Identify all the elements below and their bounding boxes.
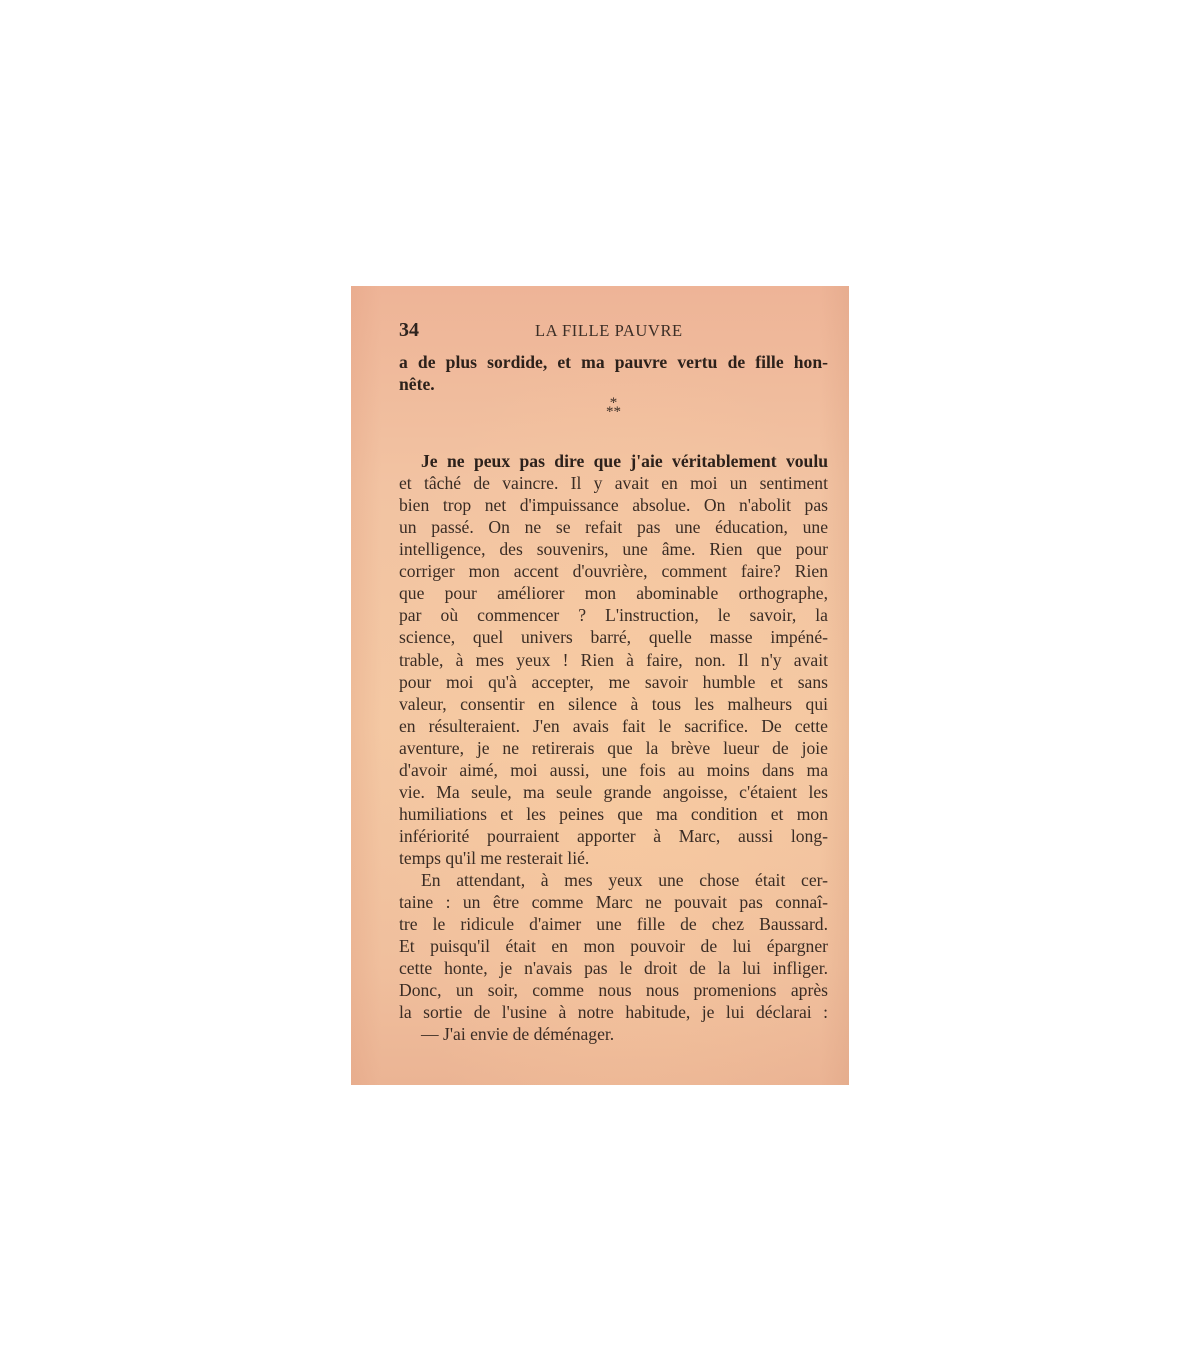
page-number: 34 xyxy=(399,319,419,342)
text-line: cette honte, je n'avais pas le droit de … xyxy=(399,957,828,979)
text-line: la sortie de l'usine à notre habitude, j… xyxy=(399,1001,828,1023)
text-line: En attendant, à mes yeux une chose était… xyxy=(399,869,828,891)
text-line: un passé. On ne se refait pas une éducat… xyxy=(399,516,828,538)
section-break-asterism: * ** xyxy=(399,395,828,450)
text-line: et tâché de vaincre. Il y avait en moi u… xyxy=(399,472,828,494)
text-line: Donc, un soir, comme nous nous promenion… xyxy=(399,979,828,1001)
text-line: corriger mon accent d'ouvrière, comment … xyxy=(399,560,828,582)
text-line: nête. xyxy=(399,373,828,395)
text-line: valeur, consentir en silence à tous les … xyxy=(399,693,828,715)
text-line: intelligence, des souvenirs, une âme. Ri… xyxy=(399,538,828,560)
text-line: que pour améliorer mon abominable orthog… xyxy=(399,582,828,604)
text-line: Je ne peux pas dire que j'aie véritablem… xyxy=(399,450,828,472)
text-line: pour moi qu'à accepter, me savoir humble… xyxy=(399,671,828,693)
text-line: d'avoir aimé, moi aussi, une fois au moi… xyxy=(399,759,828,781)
page-text-block: 34 LA FILLE PAUVRE a de plus sordide, et… xyxy=(399,316,828,1045)
paragraph-1: Je ne peux pas dire que j'aie véritablem… xyxy=(399,450,828,869)
text-line: infériorité pourraient apporter à Marc, … xyxy=(399,825,828,847)
text-line: a de plus sordide, et ma pauvre vertu de… xyxy=(399,351,828,373)
asterisk-bottom: ** xyxy=(399,408,828,417)
text-line: temps qu'il me resterait lié. xyxy=(399,847,828,869)
paragraph-2: En attendant, à mes yeux une chose était… xyxy=(399,869,828,1023)
text-line: vie. Ma seule, ma seule grande angoisse,… xyxy=(399,781,828,803)
text-line: bien trop net d'impuissance absolue. On … xyxy=(399,494,828,516)
text-line: en résulteraient. J'en avais fait le sac… xyxy=(399,715,828,737)
text-line: science, quel univers barré, quelle mass… xyxy=(399,626,828,648)
dialogue-line: — J'ai envie de déménager. xyxy=(399,1023,828,1045)
text-line: humiliations et les peines que ma condit… xyxy=(399,803,828,825)
running-title: LA FILLE PAUVRE xyxy=(535,321,683,341)
text-line: taine : un être comme Marc ne pouvait pa… xyxy=(399,891,828,913)
text-line: par où commencer ? L'instruction, le sav… xyxy=(399,604,828,626)
text-line: tre le ridicule d'aimer une fille de che… xyxy=(399,913,828,935)
opening-paragraph: a de plus sordide, et ma pauvre vertu de… xyxy=(399,351,828,395)
dialogue-paragraph: — J'ai envie de déménager. xyxy=(399,1023,828,1045)
book-page: 34 LA FILLE PAUVRE a de plus sordide, et… xyxy=(351,286,849,1085)
running-head: 34 LA FILLE PAUVRE xyxy=(399,316,828,346)
text-line: aventure, je ne retirerais que la brève … xyxy=(399,737,828,759)
text-line: Et puisqu'il était en mon pouvoir de lui… xyxy=(399,935,828,957)
text-line: trable, à mes yeux ! Rien à faire, non. … xyxy=(399,649,828,671)
